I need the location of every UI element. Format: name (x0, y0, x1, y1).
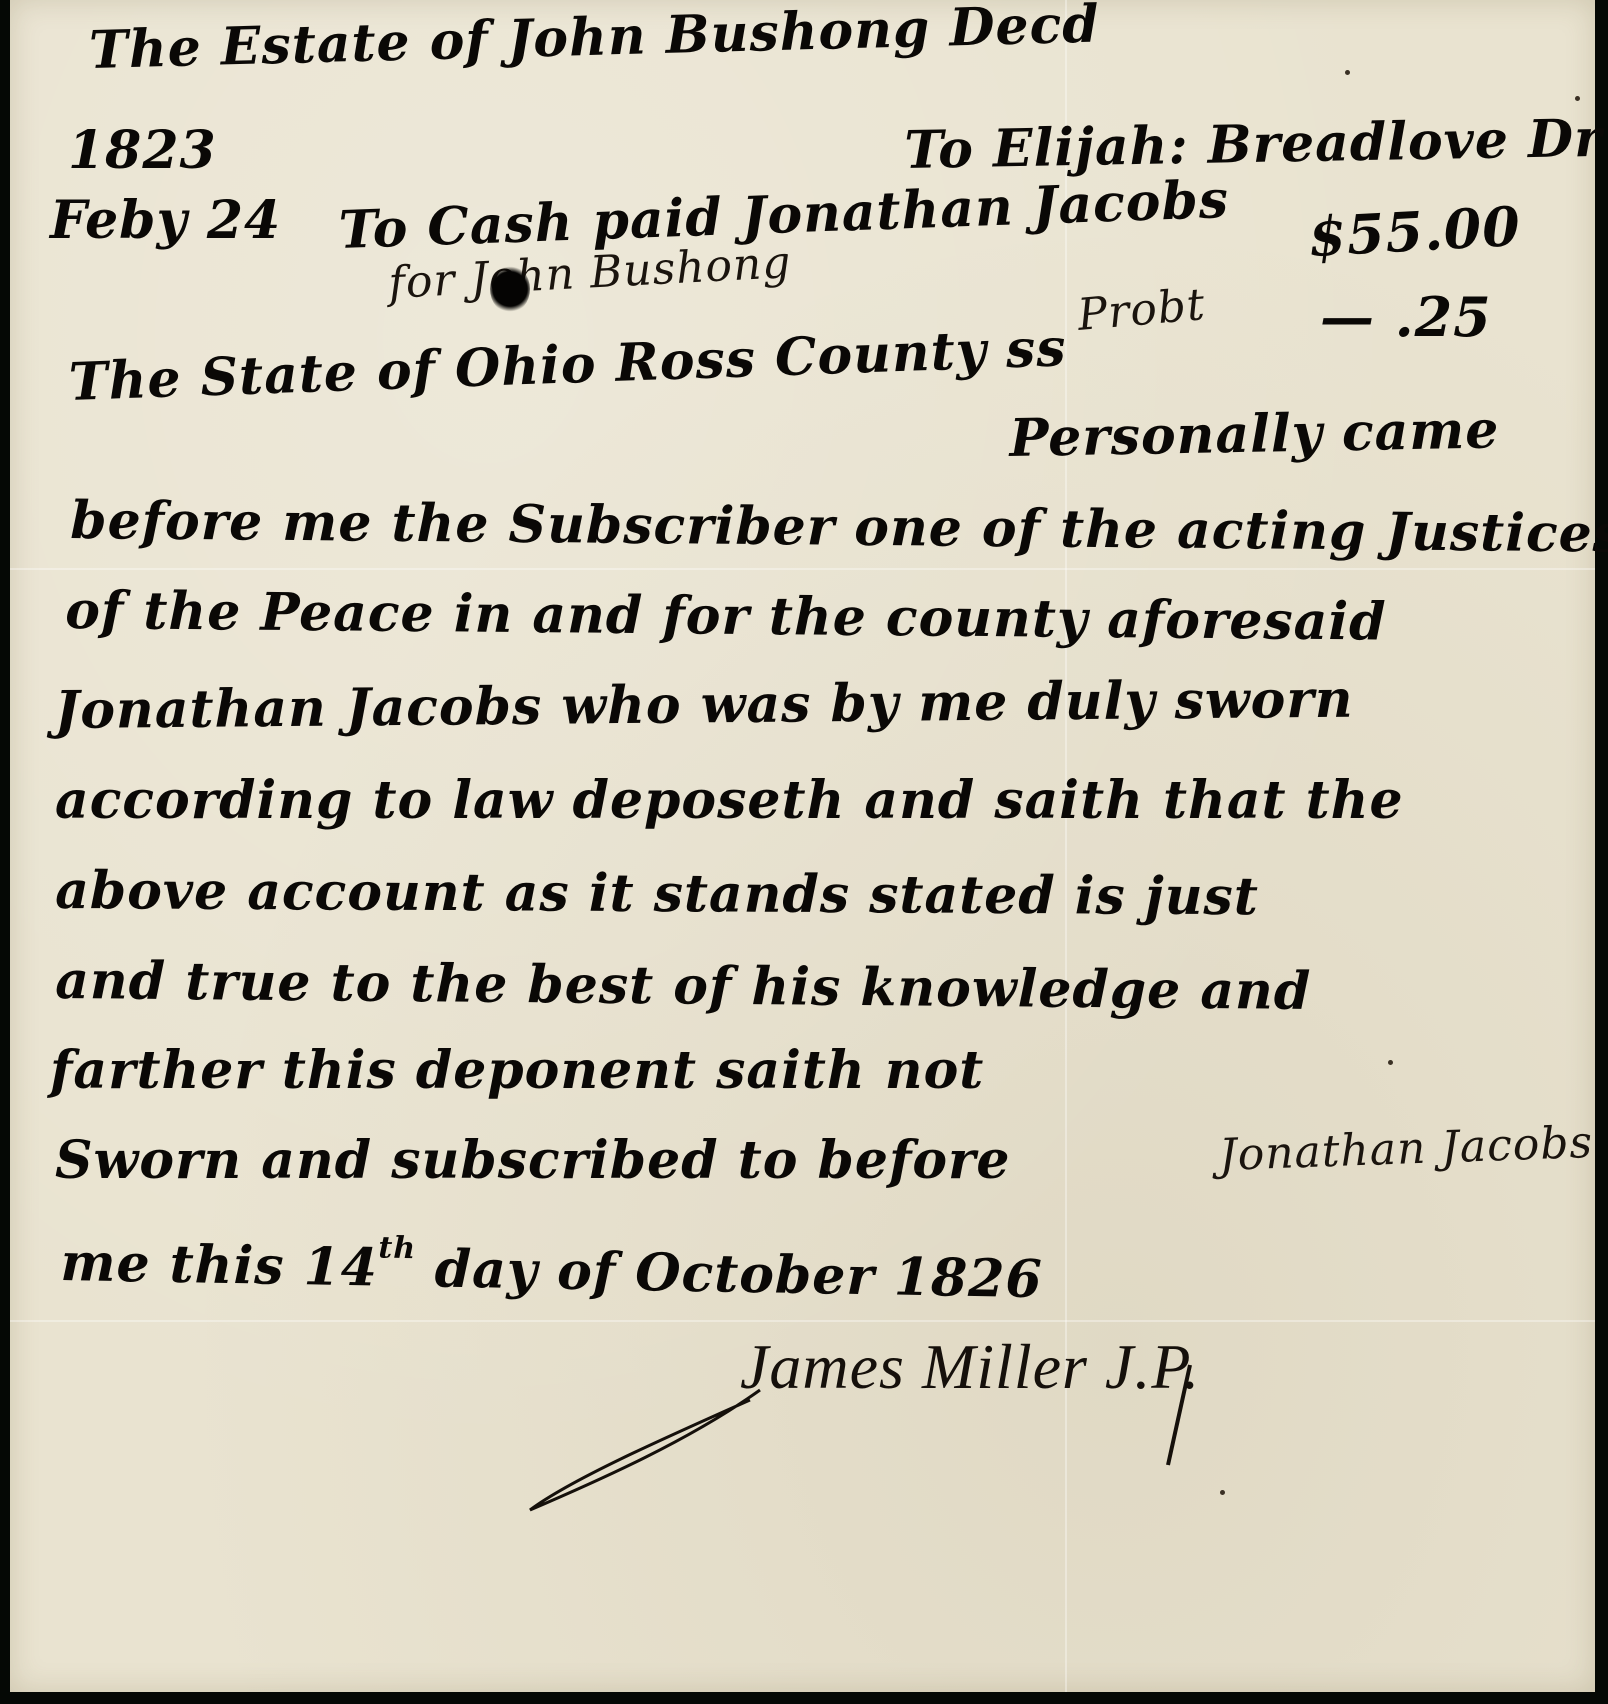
day-suffix: th (378, 1231, 416, 1267)
affidavit-line: Personally came (1009, 399, 1500, 469)
fold-crease (10, 1320, 1595, 1322)
entry-amount: $55.00 (1307, 194, 1523, 269)
affidavit-line: farther this deponent saith not (50, 1040, 984, 1101)
paper-speck (1220, 1490, 1225, 1495)
document-page: The Estate of John Bushong Decd 1823 To … (10, 0, 1595, 1692)
affidavit-line: The State of Ohio Ross County ss (68, 317, 1068, 413)
affidavit-line: Jonathan Jacobs who was by me duly sworn (54, 669, 1353, 741)
affidavit-line: and true to the best of his knowledge an… (55, 950, 1312, 1022)
paper-speck (1575, 96, 1580, 101)
affidavit-line: before me the Subscriber one of the acti… (70, 490, 1608, 565)
probate-amount: — .25 (1320, 285, 1492, 349)
signature-flourish-icon (1160, 1360, 1200, 1470)
affidavit-date-line: me this 14th day of October 1826 (60, 1225, 1043, 1310)
paper-speck (1345, 70, 1350, 75)
probate-label: Probt (1076, 279, 1208, 341)
justice-signature: James Miller J.P. (740, 1330, 1200, 1404)
creditor-line: To Elijah: Breadlove Dr (904, 108, 1603, 181)
paper-speck (1388, 1060, 1393, 1065)
day-number: 14 (303, 1236, 378, 1298)
year: 1823 (68, 120, 217, 181)
day-rest: day of October 1826 (434, 1239, 1043, 1311)
affidavit-line: according to law deposeth and saith that… (55, 770, 1404, 831)
fold-crease (10, 568, 1595, 570)
affidavit-line: above account as it stands stated is jus… (55, 860, 1259, 927)
signature-flourish-icon (510, 1380, 770, 1520)
affidavit-line: Sworn and subscribed to before (55, 1130, 1011, 1191)
me-this: me this (60, 1232, 285, 1297)
affidavit-line: of the Peace in and for the county afore… (65, 580, 1387, 653)
ink-blot (490, 265, 530, 313)
fold-crease (1065, 0, 1067, 1692)
document-title: The Estate of John Bushong Decd (88, 0, 1100, 81)
deponent-signature: Jonathan Jacobs (1218, 1117, 1594, 1181)
entry-date: Feby 24 (50, 190, 281, 251)
